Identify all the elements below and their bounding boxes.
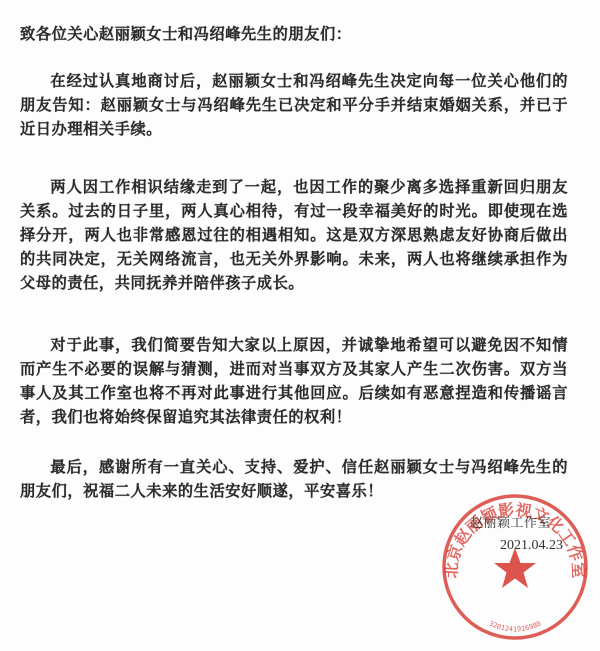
paragraph-2: 两人因工作相识结缘走到了一起，也因工作的聚少离多选择重新回归朋友关系。过去的日子… (20, 175, 568, 295)
seal-serial-number: 3201241916980 (488, 620, 543, 634)
signature-date: 2021.04.23 (500, 538, 563, 554)
svg-text:3201241916980: 3201241916980 (488, 620, 543, 634)
signature: 赵丽颖工作室 (470, 512, 551, 531)
paragraph-1: 在经过认真地商讨后，赵丽颖女士和冯绍峰先生决定向每一位关心他们的朋友告知：赵丽颖… (20, 69, 568, 141)
letter-body: 致各位关心赵丽颖女士和冯绍峰先生的朋友们： 在经过认真地商讨后，赵丽颖女士和冯绍… (20, 22, 568, 537)
star-icon (494, 548, 536, 588)
greeting: 致各位关心赵丽颖女士和冯绍峰先生的朋友们： (20, 22, 568, 46)
letter-page: 致各位关心赵丽颖女士和冯绍峰先生的朋友们： 在经过认真地商讨后，赵丽颖女士和冯绍… (0, 0, 600, 651)
paragraph-3: 对于此事，我们简要告知大家以上原因，并诚挚地希望可以避免因不知情而产生不必要的误… (20, 333, 568, 429)
